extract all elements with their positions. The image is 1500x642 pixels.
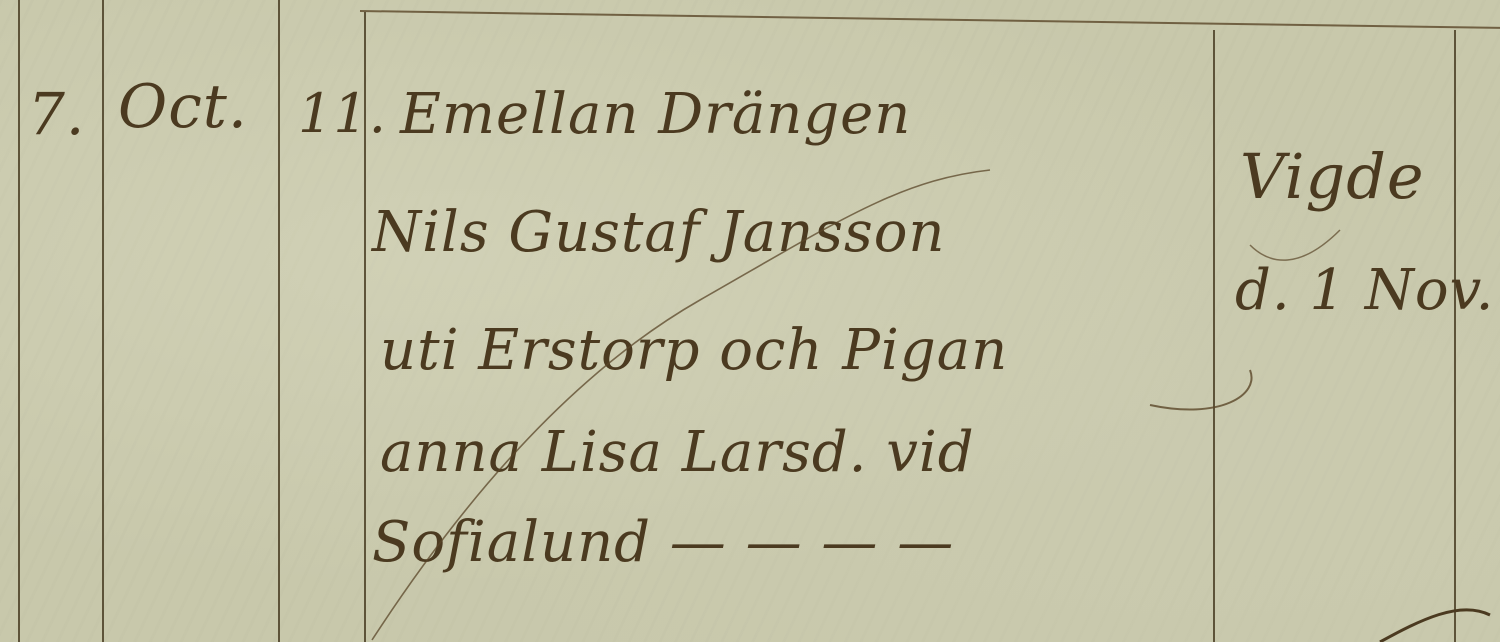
pen-flourish-icon: [0, 0, 1500, 642]
register-page: 7. Oct. 11. Emellan Drängen Nils Gustaf …: [0, 0, 1500, 642]
